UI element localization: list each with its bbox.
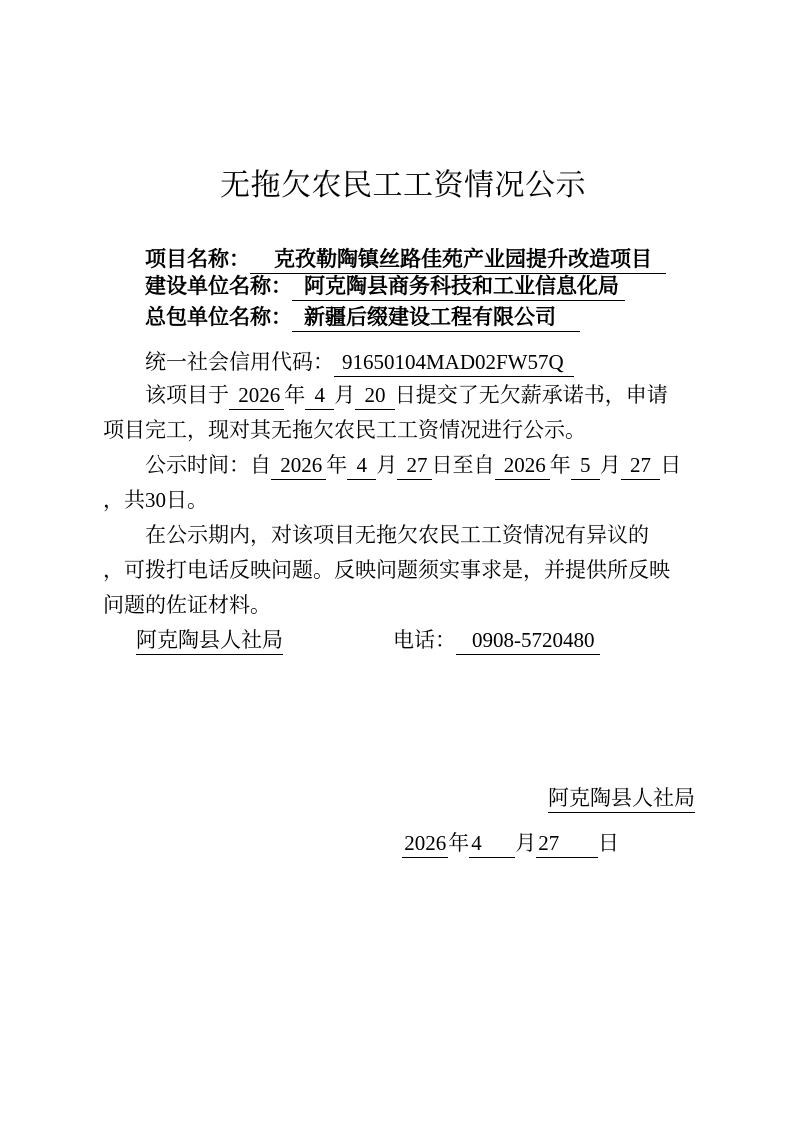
fill-in-blank: 2026 <box>402 831 448 858</box>
fill-in-blank: 4 <box>469 831 515 858</box>
field-label: 建设单位名称： <box>145 274 292 298</box>
text-run: 公示时间：自 <box>145 453 271 477</box>
text-run: 年 <box>326 453 347 477</box>
text-run: ，共30日。 <box>103 488 208 512</box>
field-credit-code: 统一社会信用代码：91650104MAD02FW57Q <box>103 349 703 376</box>
fill-in-blank: 2026 <box>271 453 326 480</box>
text-run: 月 <box>600 453 621 477</box>
text-run: 日提交了无欠薪承诺书，申请 <box>395 383 668 407</box>
notice-document: 无拖欠农民工工资情况公示 项目名称：克孜勒陶镇丝路佳苑产业园提升改造项目 建设单… <box>0 0 793 1122</box>
fill-in-blank: 4 <box>347 453 376 480</box>
credit-code-value: 91650104MAD02FW57Q <box>334 350 574 377</box>
text-run: 年 <box>284 383 305 407</box>
fill-in-blank: 27 <box>536 831 598 858</box>
fill-in-blank: 2026 <box>229 383 284 410</box>
document-content: 无拖欠农民工工资情况公示 项目名称：克孜勒陶镇丝路佳苑产业园提升改造项目 建设单… <box>0 0 793 861</box>
text-run: 项目完工，现对其无拖欠农民工工资情况进行公示。 <box>103 418 586 442</box>
fill-in-blank: 4 <box>305 383 334 410</box>
signature-agency: 阿克陶县人社局 <box>548 786 695 813</box>
contact-line: 阿克陶县人社局电话：0908-5720480 <box>103 623 703 658</box>
fill-in-blank: 27 <box>397 453 431 480</box>
text-run: 月 <box>515 831 536 855</box>
text-run: 月 <box>334 383 355 407</box>
text-run: 该项目于 <box>145 383 229 407</box>
text-run: 月 <box>376 453 397 477</box>
text-run: 年 <box>550 453 571 477</box>
field-builder-name: 建设单位名称：阿克陶县商务科技和工业信息化局 <box>103 273 703 300</box>
paragraph-publicity-period: 公示时间：自 2026年 4 月 27日至自 2026年 5 月 27 日，共3… <box>103 448 703 518</box>
paragraph-objection: 在公示期内，对该项目无拖欠农民工工资情况有异议的，可拨打电话反映问题。反映问题须… <box>103 518 703 623</box>
fill-in-blank: 5 <box>571 453 600 480</box>
document-title: 无拖欠农民工工资情况公示 <box>103 170 703 202</box>
field-contractor-name: 总包单位名称：新疆后缀建设工程有限公司 <box>103 304 703 331</box>
field-label: 项目名称： <box>145 247 250 271</box>
fill-in-blank: 27 <box>621 453 661 480</box>
signature-agency-line: 阿克陶县人社局 <box>103 781 703 816</box>
text-run: 日 <box>598 831 619 855</box>
text-run: ，可拨打电话反映问题。反映问题须实事求是，并提供所反映 <box>103 558 670 582</box>
fill-in-blank: 20 <box>355 383 395 410</box>
field-project-name: 项目名称：克孜勒陶镇丝路佳苑产业园提升改造项目 <box>103 246 703 273</box>
fill-in-blank: 2026 <box>495 453 550 480</box>
text-run: 日 <box>660 453 681 477</box>
field-value-underlined: 克孜勒陶镇丝路佳苑产业园提升改造项目 <box>250 247 666 274</box>
field-label: 总包单位名称： <box>145 305 292 329</box>
phone-number: 0908-5720480 <box>456 628 600 655</box>
phone-label: 电话： <box>393 628 456 652</box>
text-run: 在公示期内，对该项目无拖欠农民工工资情况有异议的 <box>145 523 649 547</box>
text-run: 问题的佐证材料。 <box>103 593 271 617</box>
field-value-underlined: 新疆后缀建设工程有限公司 <box>292 305 580 332</box>
text-run: 日至自 <box>432 453 495 477</box>
signature-date-line: 2026年4 月27 日 <box>103 826 703 861</box>
contact-agency: 阿克陶县人社局 <box>136 628 283 655</box>
paragraph-commitment: 该项目于 2026年 4 月 20 日提交了无欠薪承诺书，申请项目完工，现对其无… <box>103 378 703 448</box>
field-value-underlined: 阿克陶县商务科技和工业信息化局 <box>292 274 625 301</box>
text-run: 年 <box>448 831 469 855</box>
field-label: 统一社会信用代码： <box>145 350 334 374</box>
